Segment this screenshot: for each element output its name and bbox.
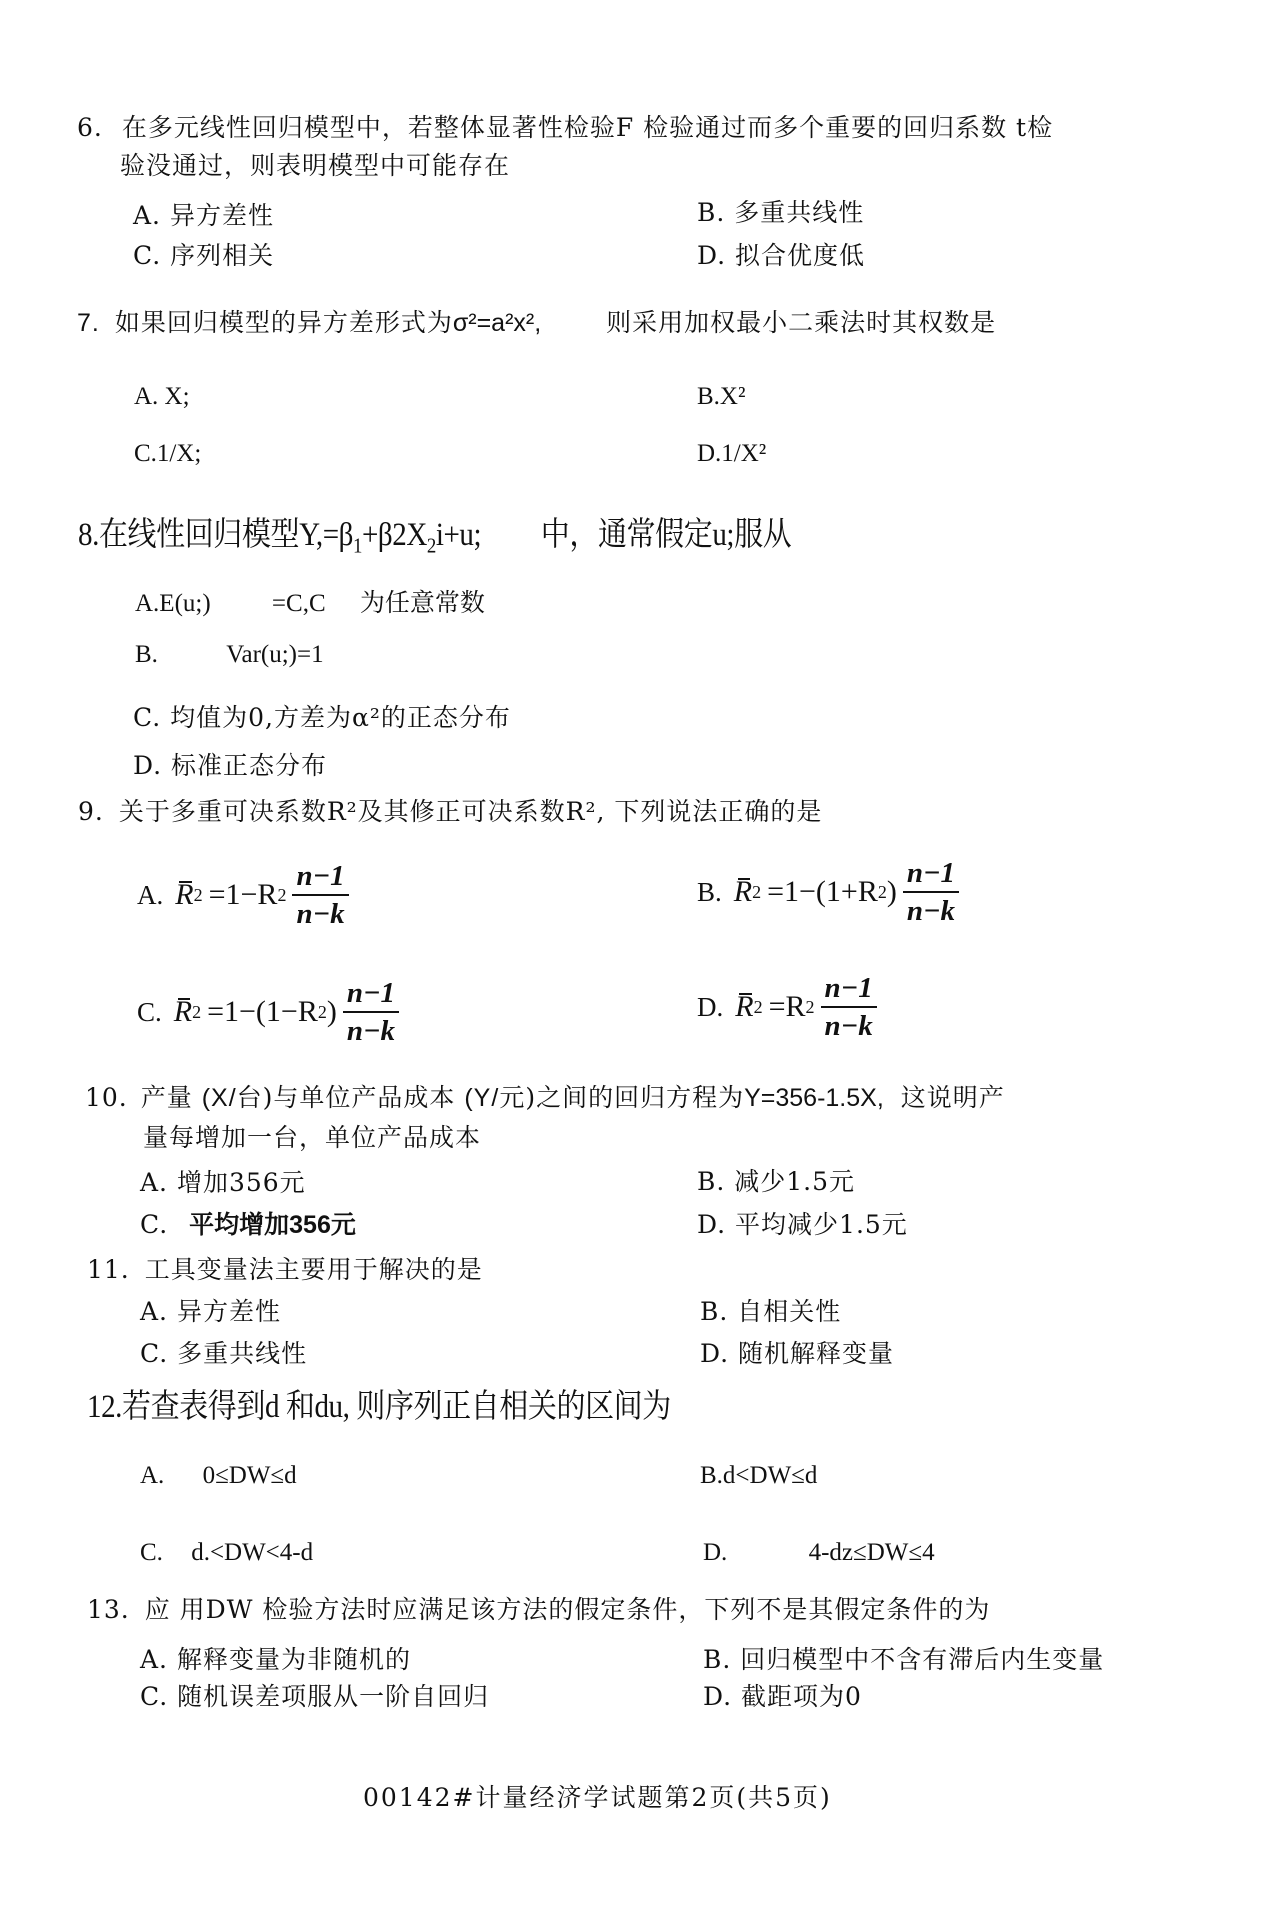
option-b: B. 自相关性 bbox=[700, 1292, 841, 1328]
exponent: 2 bbox=[752, 882, 761, 903]
option-a: A. 解释变量为非随机的 bbox=[140, 1640, 411, 1676]
option-b: B. Var(u;)=1 bbox=[135, 641, 324, 669]
question-10: 10. 产量 (X/台)与单位产品成本 (Y/元)之间的回归方程为Y=356-1… bbox=[85, 1078, 1005, 1114]
question-stem: 关于多重可决系数R²及其修正可决系数R², 下列说法正确的是 bbox=[119, 797, 823, 826]
question-stem: 在线性回归模型Y,=β bbox=[99, 517, 353, 553]
question-stem-tail: 则采用加权最小二乘法时其权数是 bbox=[606, 308, 996, 337]
option-label: D. bbox=[703, 1539, 727, 1566]
page-footer: 00142#计量经济学试题第2页(共5页) bbox=[363, 1778, 832, 1814]
exponent: 2 bbox=[754, 997, 763, 1018]
exponent: 2 bbox=[806, 997, 815, 1018]
question-stem: 如果回归模型的异方差形式为 bbox=[115, 308, 453, 337]
option-c: C. 均值为0,方差为α²的正态分布 bbox=[133, 698, 511, 734]
option-b-formula: B. R2 =1−(1+R2) n−1n−k bbox=[697, 855, 959, 929]
option-label: B. bbox=[697, 877, 722, 908]
option-d-formula: D. R2 =R2 n−1n−k bbox=[697, 970, 877, 1044]
option-a: A. 0≤DW≤d bbox=[140, 1462, 297, 1490]
option-value: 0≤DW≤d bbox=[203, 1462, 297, 1489]
option-d: D. 标准正态分布 bbox=[133, 746, 327, 782]
option-value: 4-dz≤DW≤4 bbox=[809, 1539, 935, 1566]
question-6: 6. 在多元线性回归模型中，若整体显著性检验F 检验通过而多个重要的回归系数 t… bbox=[77, 108, 1053, 144]
question-8: 8.在线性回归模型Y,=β1+β2X2i+u; 中，通常假定u;服从 bbox=[78, 508, 791, 559]
option-d: D.1/X² bbox=[697, 440, 766, 468]
option-text: 为任意常数 bbox=[360, 590, 485, 617]
adjusted-r-squared: R bbox=[175, 878, 193, 912]
numerator: n−1 bbox=[903, 855, 959, 893]
option-label: A.E(u;) bbox=[135, 590, 211, 617]
option-d: D. 4-dz≤DW≤4 bbox=[703, 1539, 935, 1567]
adjusted-r-squared: R bbox=[734, 875, 752, 909]
option-b: B.X² bbox=[697, 383, 745, 411]
option-b: B. 多重共线性 bbox=[697, 193, 864, 229]
option-label: C. bbox=[137, 997, 162, 1028]
option-label: A. bbox=[137, 880, 163, 911]
denominator: n−k bbox=[907, 893, 955, 929]
denominator: n−k bbox=[296, 896, 344, 932]
question-number: 13. bbox=[87, 1595, 130, 1624]
paren-close: ) bbox=[327, 995, 337, 1029]
option-c: C. 多重共线性 bbox=[140, 1334, 307, 1370]
option-label: C. bbox=[140, 1539, 163, 1566]
question-number: 9. bbox=[78, 797, 104, 826]
option-d: D. 平均减少1.5元 bbox=[697, 1205, 908, 1241]
denominator: n−k bbox=[825, 1008, 873, 1044]
option-a: A. 异方差性 bbox=[140, 1292, 281, 1328]
option-d: D. 拟合优度低 bbox=[697, 236, 865, 272]
option-a: A. 异方差性 bbox=[133, 196, 274, 232]
exponent: 2 bbox=[194, 885, 203, 906]
option-label: B. bbox=[135, 641, 158, 668]
option-b: B. 减少1.5元 bbox=[697, 1162, 855, 1198]
question-12: 12.若查表得到d 和du, 则序列正自相关的区间为 bbox=[87, 1380, 671, 1427]
question-stem: 元)之间的回归方程为 bbox=[499, 1083, 744, 1112]
option-label: A. bbox=[140, 1462, 164, 1489]
regression-equation: Y=356-1.5X, bbox=[744, 1084, 884, 1112]
denominator: n−k bbox=[347, 1013, 395, 1049]
question-stem: 若查表得到d 和du, 则序列正自相关的区间为 bbox=[122, 1389, 671, 1425]
question-11: 11. 工具变量法主要用于解决的是 bbox=[87, 1250, 483, 1286]
variance-formula: σ²=a²x², bbox=[453, 309, 541, 337]
question-number: 6. bbox=[77, 113, 103, 142]
question-stem: 应 用DW 检验方法时应满足该方法的假定条件，下列不是其假定条件的为 bbox=[145, 1595, 991, 1624]
option-value: Var(u;)=1 bbox=[226, 641, 323, 668]
question-7: 7. 如果回归模型的异方差形式为σ²=a²x², 则采用加权最小二乘法时其权数是 bbox=[77, 303, 996, 339]
formula-rhs: =1−R bbox=[209, 878, 278, 912]
exponent: 2 bbox=[878, 882, 887, 903]
adjusted-r-squared: R bbox=[735, 990, 753, 1024]
option-c-formula: C. R2 =1−(1−R2) n−1n−k bbox=[137, 975, 399, 1049]
option-c: C. 平均增加356元 bbox=[140, 1205, 356, 1241]
option-a: A. 增加356元 bbox=[140, 1163, 306, 1199]
option-c: C.1/X; bbox=[134, 440, 201, 468]
exponent: 2 bbox=[192, 1002, 201, 1023]
question-stem-continued: 验没通过，则表明模型中可能存在 bbox=[120, 146, 510, 182]
formula-rhs: =R bbox=[769, 990, 806, 1024]
option-b: B.d<DW≤d bbox=[700, 1462, 817, 1490]
question-number: 12. bbox=[87, 1389, 122, 1425]
question-stem: 产量 bbox=[141, 1083, 193, 1112]
question-number: 10. bbox=[85, 1083, 128, 1112]
formula-part: +β2X bbox=[362, 517, 427, 553]
unit-y: (Y/ bbox=[464, 1084, 499, 1112]
numerator: n−1 bbox=[292, 858, 348, 896]
option-value: =C,C bbox=[272, 590, 326, 617]
option-b: B. 回归模型中不含有滞后内生变量 bbox=[703, 1640, 1104, 1676]
paren-close: ) bbox=[887, 875, 897, 909]
option-a: A. X; bbox=[134, 383, 190, 411]
option-c: C. 随机误差项服从一阶自回归 bbox=[140, 1677, 489, 1713]
question-number: 8. bbox=[78, 517, 99, 553]
question-number: 7. bbox=[77, 309, 100, 337]
exponent: 2 bbox=[277, 885, 286, 906]
subscript: 2 bbox=[427, 534, 436, 558]
fraction: n−1n−k bbox=[343, 975, 399, 1049]
fraction: n−1n−k bbox=[821, 970, 877, 1044]
question-stem-continued: 量每增加一台，单位产品成本 bbox=[143, 1118, 481, 1154]
option-label: D. bbox=[697, 992, 723, 1023]
option-text: 平均增加356元 bbox=[189, 1211, 356, 1239]
question-stem: 这说明产 bbox=[901, 1083, 1005, 1112]
numerator: n−1 bbox=[343, 975, 399, 1013]
formula-rhs: =1−(1−R bbox=[207, 995, 318, 1029]
option-value: d.<DW<4-d bbox=[191, 1539, 313, 1566]
question-stem: 台)与单位产品成本 bbox=[237, 1083, 456, 1112]
option-label: C. bbox=[140, 1210, 168, 1239]
option-d: D. 截距项为0 bbox=[703, 1677, 862, 1713]
adjusted-r-squared: R bbox=[174, 995, 192, 1029]
option-a-formula: A. R2 =1−R2 n−1n−k bbox=[137, 858, 349, 932]
question-9: 9. 关于多重可决系数R²及其修正可决系数R², 下列说法正确的是 bbox=[78, 792, 822, 828]
exponent: 2 bbox=[318, 1002, 327, 1023]
question-13: 13. 应 用DW 检验方法时应满足该方法的假定条件，下列不是其假定条件的为 bbox=[87, 1590, 990, 1626]
question-stem-tail: 中，通常假定u;服从 bbox=[541, 517, 792, 553]
question-stem: 在多元线性回归模型中，若整体显著性检验F 检验通过而多个重要的回归系数 t检 bbox=[122, 113, 1053, 142]
question-stem: 工具变量法主要用于解决的是 bbox=[145, 1255, 483, 1284]
option-d: D. 随机解释变量 bbox=[700, 1334, 894, 1370]
numerator: n−1 bbox=[821, 970, 877, 1008]
fraction: n−1n−k bbox=[903, 855, 959, 929]
unit-x: (X/ bbox=[202, 1084, 237, 1112]
option-c: C. 序列相关 bbox=[133, 236, 274, 272]
subscript: 1 bbox=[353, 534, 362, 558]
option-c: C. d.<DW<4-d bbox=[140, 1539, 313, 1567]
option-a: A.E(u;) =C,C 为任意常数 bbox=[135, 583, 485, 619]
formula-part: i+u; bbox=[436, 517, 481, 553]
fraction: n−1n−k bbox=[292, 858, 348, 932]
formula-rhs: =1−(1+R bbox=[767, 875, 878, 909]
question-number: 11. bbox=[87, 1255, 130, 1284]
